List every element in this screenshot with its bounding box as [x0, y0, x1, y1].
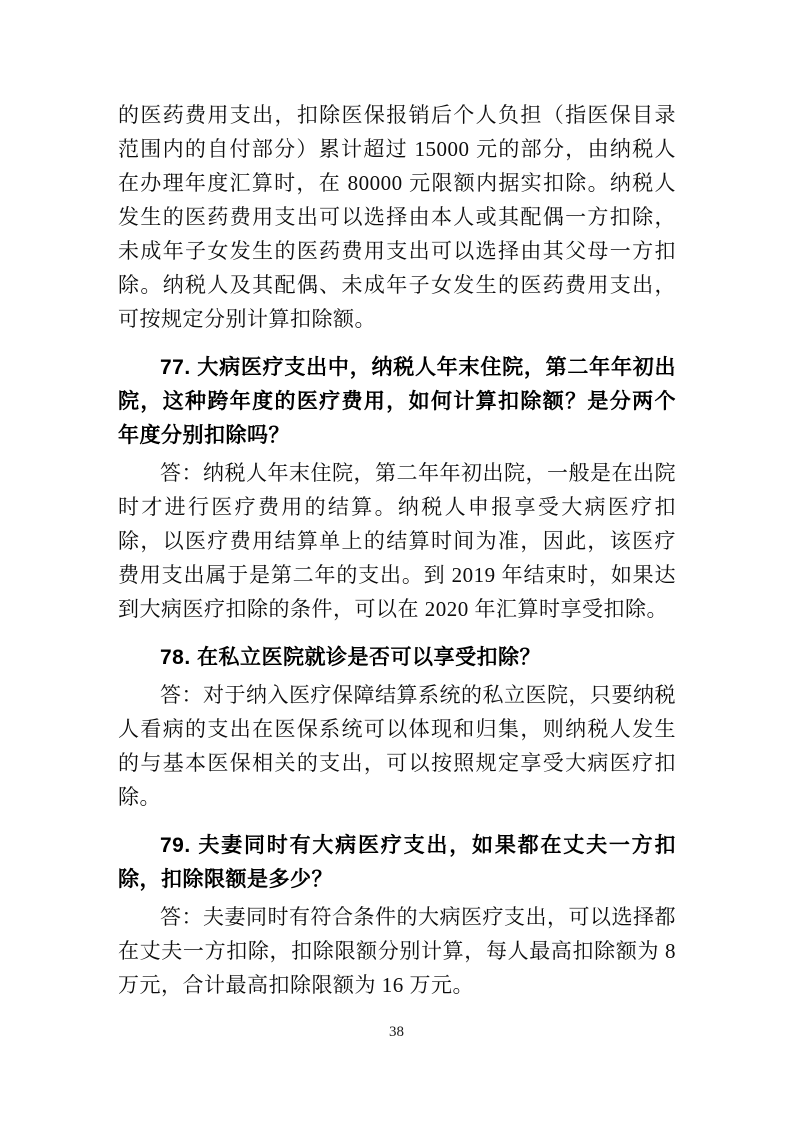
answer-79: 答：夫妻同时有符合条件的大病医疗支出，可以选择都在丈夫一方扣除，扣除限额分别计算…	[118, 900, 676, 1002]
answer-78: 答：对于纳入医疗保障结算系统的私立医院，只要纳税人看病的支出在医保系统可以体现和…	[118, 678, 676, 814]
page-body: 的医药费用支出，扣除医保报销后个人负担（指医保目录范围内的自付部分）累计超过 1…	[118, 98, 676, 1002]
page-number: 38	[0, 1022, 793, 1042]
intro-paragraph: 的医药费用支出，扣除医保报销后个人负担（指医保目录范围内的自付部分）累计超过 1…	[118, 98, 676, 336]
answer-77: 答：纳税人年末住院，第二年年初出院，一般是在出院时才进行医疗费用的结算。纳税人申…	[118, 456, 676, 626]
document-page: 的医药费用支出，扣除医保报销后个人负担（指医保目录范围内的自付部分）累计超过 1…	[0, 0, 793, 1122]
question-79: 79. 夫妻同时有大病医疗支出，如果都在丈夫一方扣除，扣除限额是多少？	[118, 829, 676, 897]
question-77: 77. 大病医疗支出中，纳税人年末住院，第二年年初出院，这种跨年度的医疗费用，如…	[118, 351, 676, 453]
question-78: 78. 在私立医院就诊是否可以享受扣除？	[118, 641, 676, 675]
